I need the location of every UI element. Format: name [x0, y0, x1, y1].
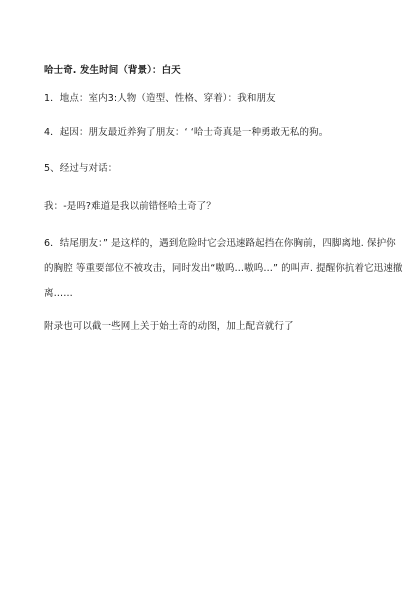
paragraph-cause: 4．起因：朋友最近养狗了朋友：‘ ‘哈士奇真是一种勇敢无私的狗。 — [44, 124, 328, 138]
paragraph-ending-line1: 6．结尾朋友：” 是这样的，遇到危险时它会迅速路起挡在你胸前，四脚离地. 保护你 — [44, 235, 396, 249]
document-title: 哈士奇. 发生时间（背景）：白天 — [44, 62, 181, 76]
paragraph-setting: 1．地点：室内3:人物（造型、性格、穿着）：我和朋友 — [44, 90, 276, 104]
paragraph-ending-line3: 离…… — [44, 285, 73, 299]
paragraph-appendix: 附录也可以截一些网上关于始土奇的动图，加上配音就行了 — [44, 318, 294, 332]
paragraph-ending-line2: 的胸腔 等重要部位不被攻击，同时发出“嗷呜…嗷呜…” 的叫声. 提醒你抗着它迅速… — [44, 260, 403, 274]
paragraph-dialogue: 我：-是吗?难道是我以前错怪哈土奇了？ — [44, 198, 216, 212]
paragraph-process-heading: 5、经过与对话： — [44, 160, 117, 174]
